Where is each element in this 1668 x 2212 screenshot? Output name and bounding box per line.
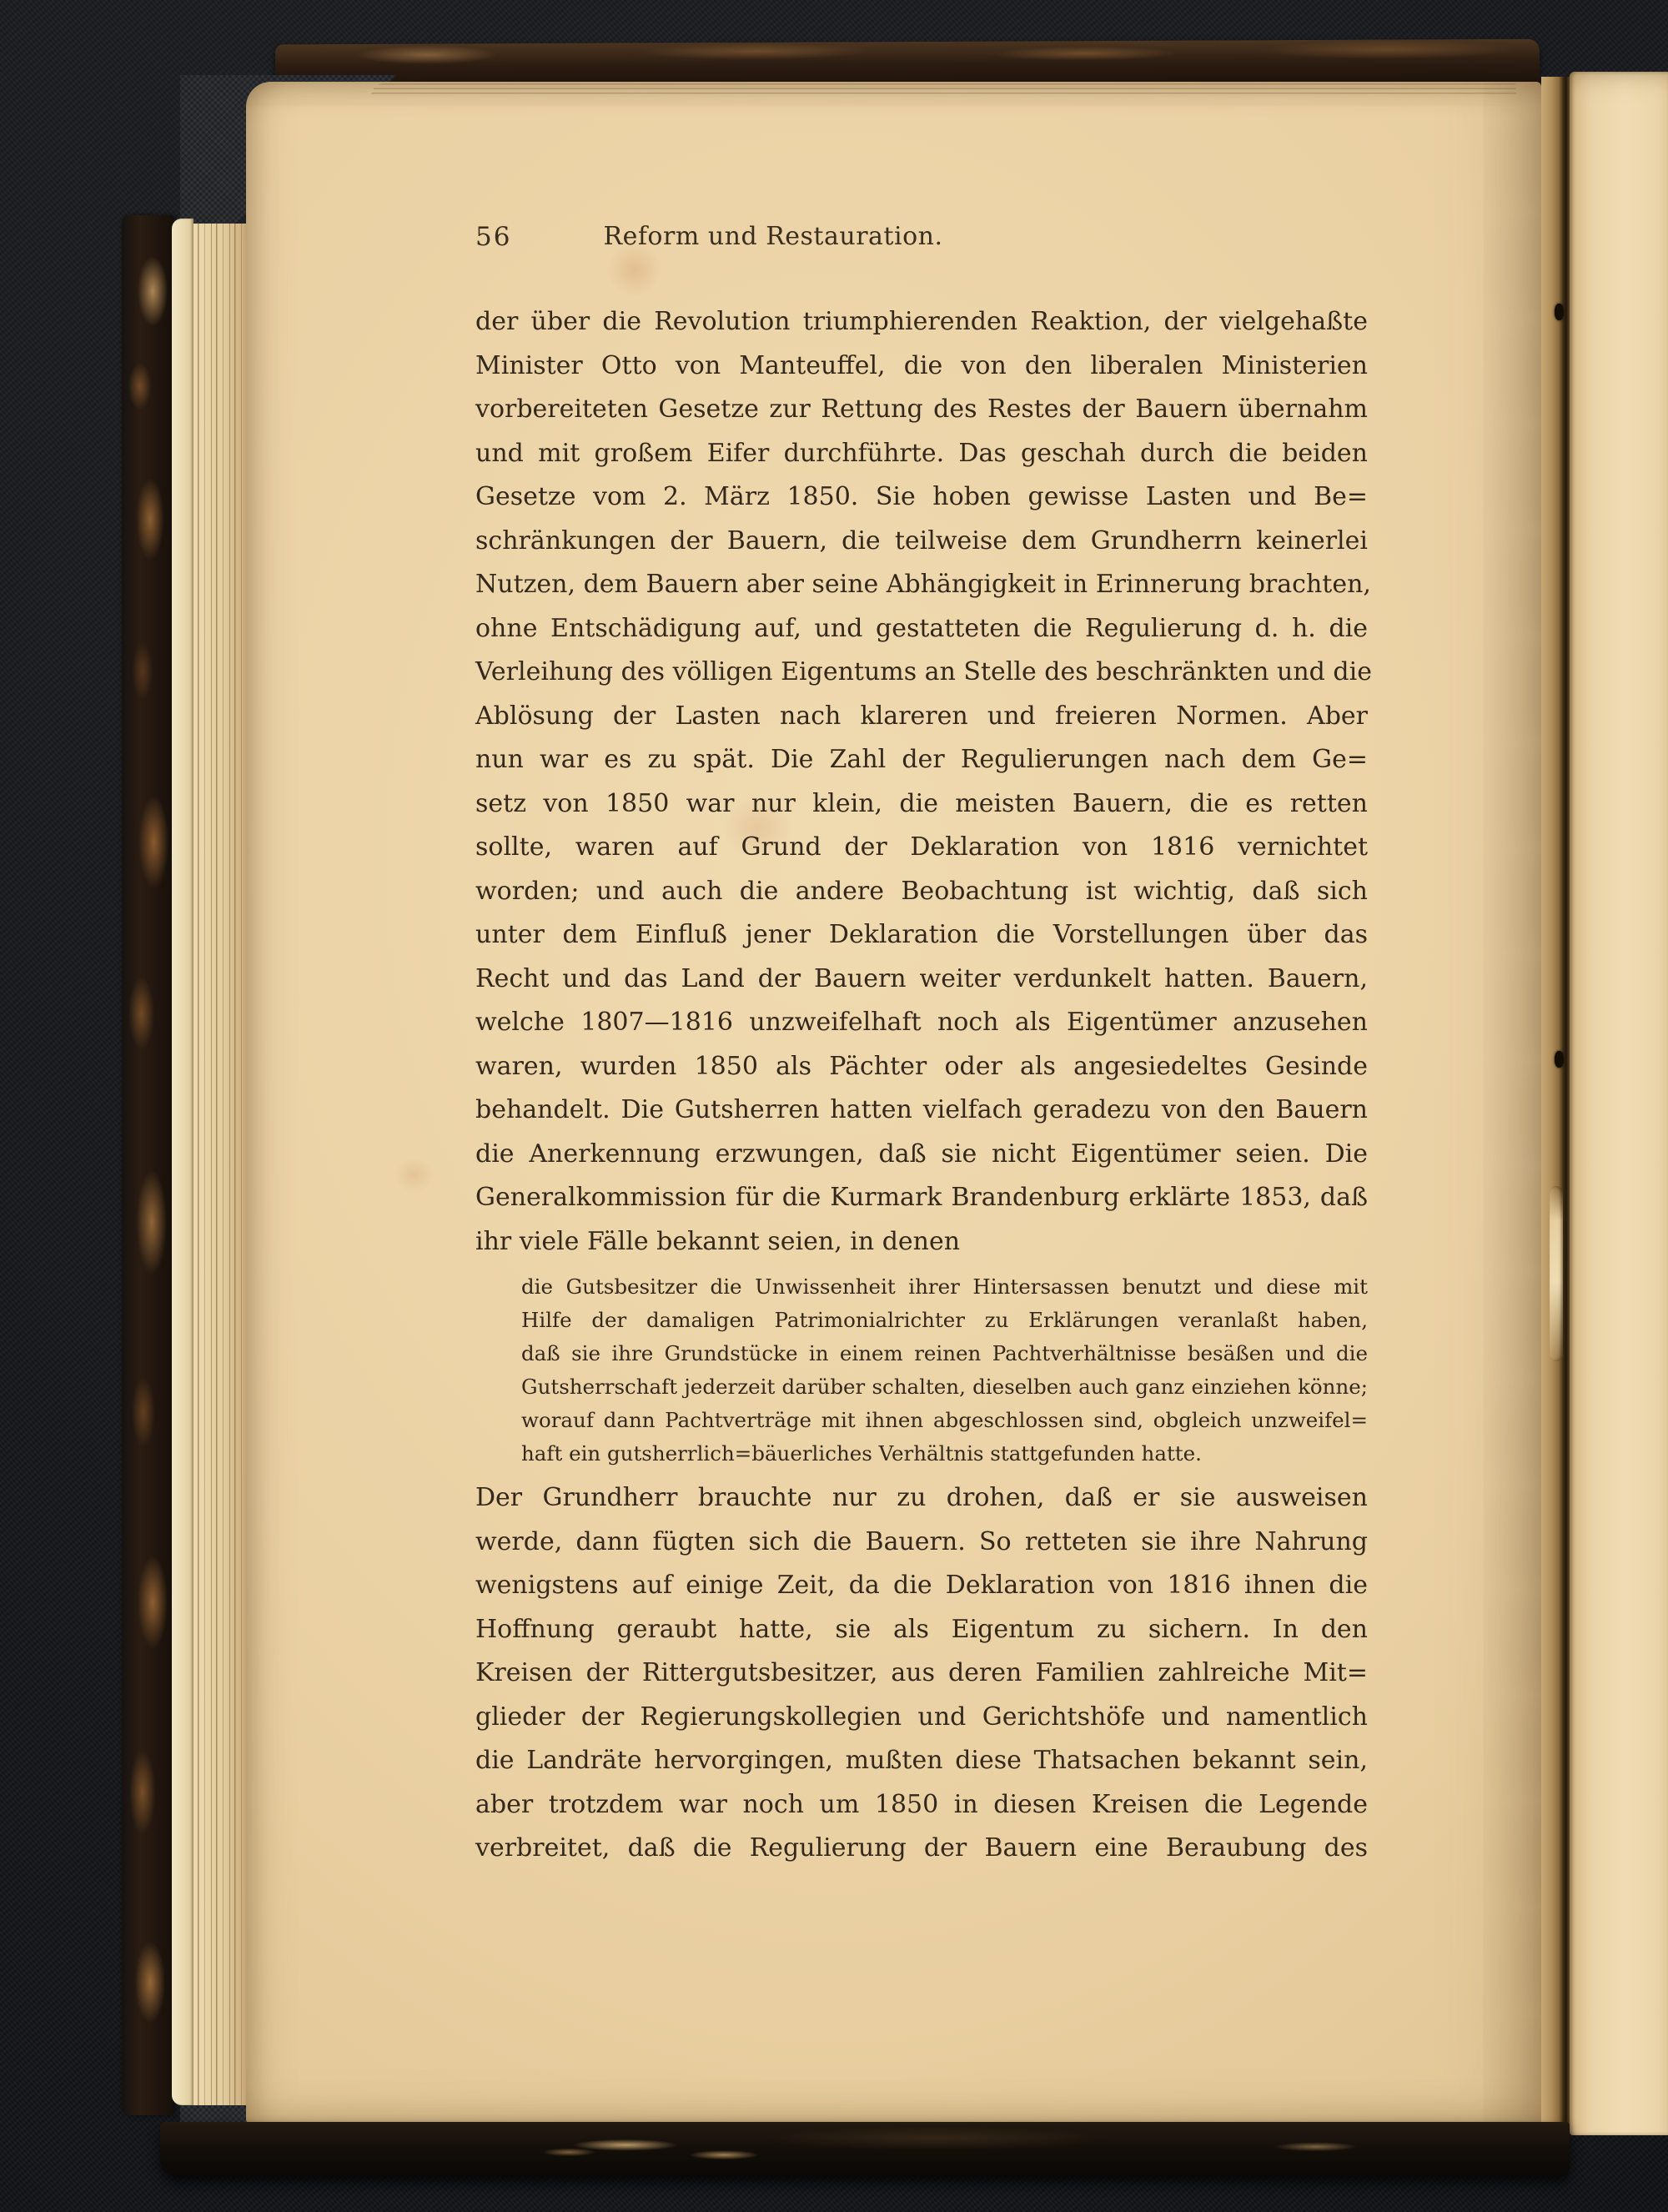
text-line: waren, wurden 1850 als Pächter oder als … (475, 1045, 1368, 1089)
book-cover-bottom-edge (160, 2122, 1570, 2177)
text-line: sollte, waren auf Grund der Deklaration … (475, 826, 1368, 870)
text-line: worauf dann Pachtverträge mit ihnen abge… (521, 1404, 1368, 1437)
text-line: Der Grundherr brauchte nur zu drohen, da… (475, 1476, 1368, 1521)
gutter-seam (1541, 77, 1570, 2130)
text-line: die Landräte hervorgingen, mußten diese … (475, 1739, 1368, 1783)
text-line: Hilfe der damaligen Patrimonialrichter z… (521, 1304, 1368, 1337)
text-line: Recht und das Land der Bauern weiter ver… (475, 958, 1368, 1002)
text-line: werde, dann fügten sich die Bauern. So r… (475, 1521, 1368, 1565)
text-line: Nutzen, dem Bauern aber seine Abhängigke… (475, 563, 1368, 607)
stitch-hole (1555, 1051, 1564, 1068)
book-scan-photo: 56 Reform und Restauration. der über die… (0, 0, 1668, 2212)
text-line: die Gutsbesitzer die Unwissenheit ihrer … (521, 1270, 1368, 1304)
text-line: haft ein gutsherrlich=bäuerliches Verhäl… (521, 1437, 1368, 1470)
page-stack-edge (193, 224, 247, 2105)
text-line: der über die Revolution triumphierenden … (475, 300, 1368, 344)
body-paragraph-2: Der Grundherr brauchte nur zu drohen, da… (475, 1476, 1368, 1871)
text-line: ihr viele Fälle bekannt seien, in denen (475, 1220, 1368, 1264)
text-line: und mit großem Eifer durchführte. Das ge… (475, 432, 1368, 476)
text-line: behandelt. Die Gutsherren hatten vielfac… (475, 1088, 1368, 1133)
running-title: Reform und Restauration. (327, 222, 1219, 251)
text-line: Generalkommission für die Kurmark Brande… (475, 1176, 1368, 1220)
text-line: aber trotzdem war noch um 1850 in diesen… (475, 1783, 1368, 1827)
text-line: wenigstens auf einige Zeit, da die Dekla… (475, 1564, 1368, 1608)
facing-page-edge (1570, 72, 1668, 2135)
text-line: ohne Entschädigung auf, und gestatteten … (475, 607, 1368, 651)
text-line: vorbereiteten Gesetze zur Rettung des Re… (475, 388, 1368, 432)
text-line: Gesetze vom 2. März 1850. Sie hoben gewi… (475, 475, 1368, 520)
text-line: Kreisen der Rittergutsbesitzer, aus dere… (475, 1651, 1368, 1696)
text-line: Ablösung der Lasten nach klareren und fr… (475, 695, 1368, 739)
text-line: Verleihung des völligen Eigentums an Ste… (475, 651, 1368, 695)
stitch-hole (1555, 304, 1564, 320)
text-line: schränkungen der Bauern, die teilweise d… (475, 520, 1368, 564)
text-line: nun war es zu spät. Die Zahl der Regulie… (475, 738, 1368, 782)
page-header: 56 Reform und Restauration. (475, 222, 1368, 260)
page-top-edge-lines (371, 83, 1516, 96)
block-quote: die Gutsbesitzer die Unwissenheit ihrer … (521, 1270, 1368, 1470)
text-line: verbreitet, daß die Regulierung der Baue… (475, 1827, 1368, 1871)
text-line: Minister Otto von Manteuffel, die von de… (475, 344, 1368, 389)
book-page: 56 Reform und Restauration. der über die… (246, 82, 1541, 2125)
text-line: glieder der Regierungskollegien und Geri… (475, 1696, 1368, 1740)
text-line: daß sie ihre Grundstücke in einem reinen… (521, 1337, 1368, 1370)
book-spine-marbled-leather (122, 215, 173, 2115)
text-line: unter dem Einfluß jener Deklaration die … (475, 913, 1368, 958)
text-line: Gutsherrschaft jederzeit darüber schalte… (521, 1370, 1368, 1404)
text-line: setz von 1850 war nur klein, die meisten… (475, 782, 1368, 827)
body-paragraph-1: der über die Revolution triumphierenden … (475, 300, 1368, 1264)
text-line: welche 1807—1816 unzweifelhaft noch als … (475, 1001, 1368, 1045)
text-line: worden; und auch die andere Beobachtung … (475, 870, 1368, 914)
text-line: die Anerkennung erzwungen, daß sie nicht… (475, 1133, 1368, 1177)
outer-page-edge (172, 219, 193, 2105)
seam-tear (1550, 1186, 1563, 1361)
text-line: Hoffnung geraubt hatte, sie als Eigentum… (475, 1608, 1368, 1652)
